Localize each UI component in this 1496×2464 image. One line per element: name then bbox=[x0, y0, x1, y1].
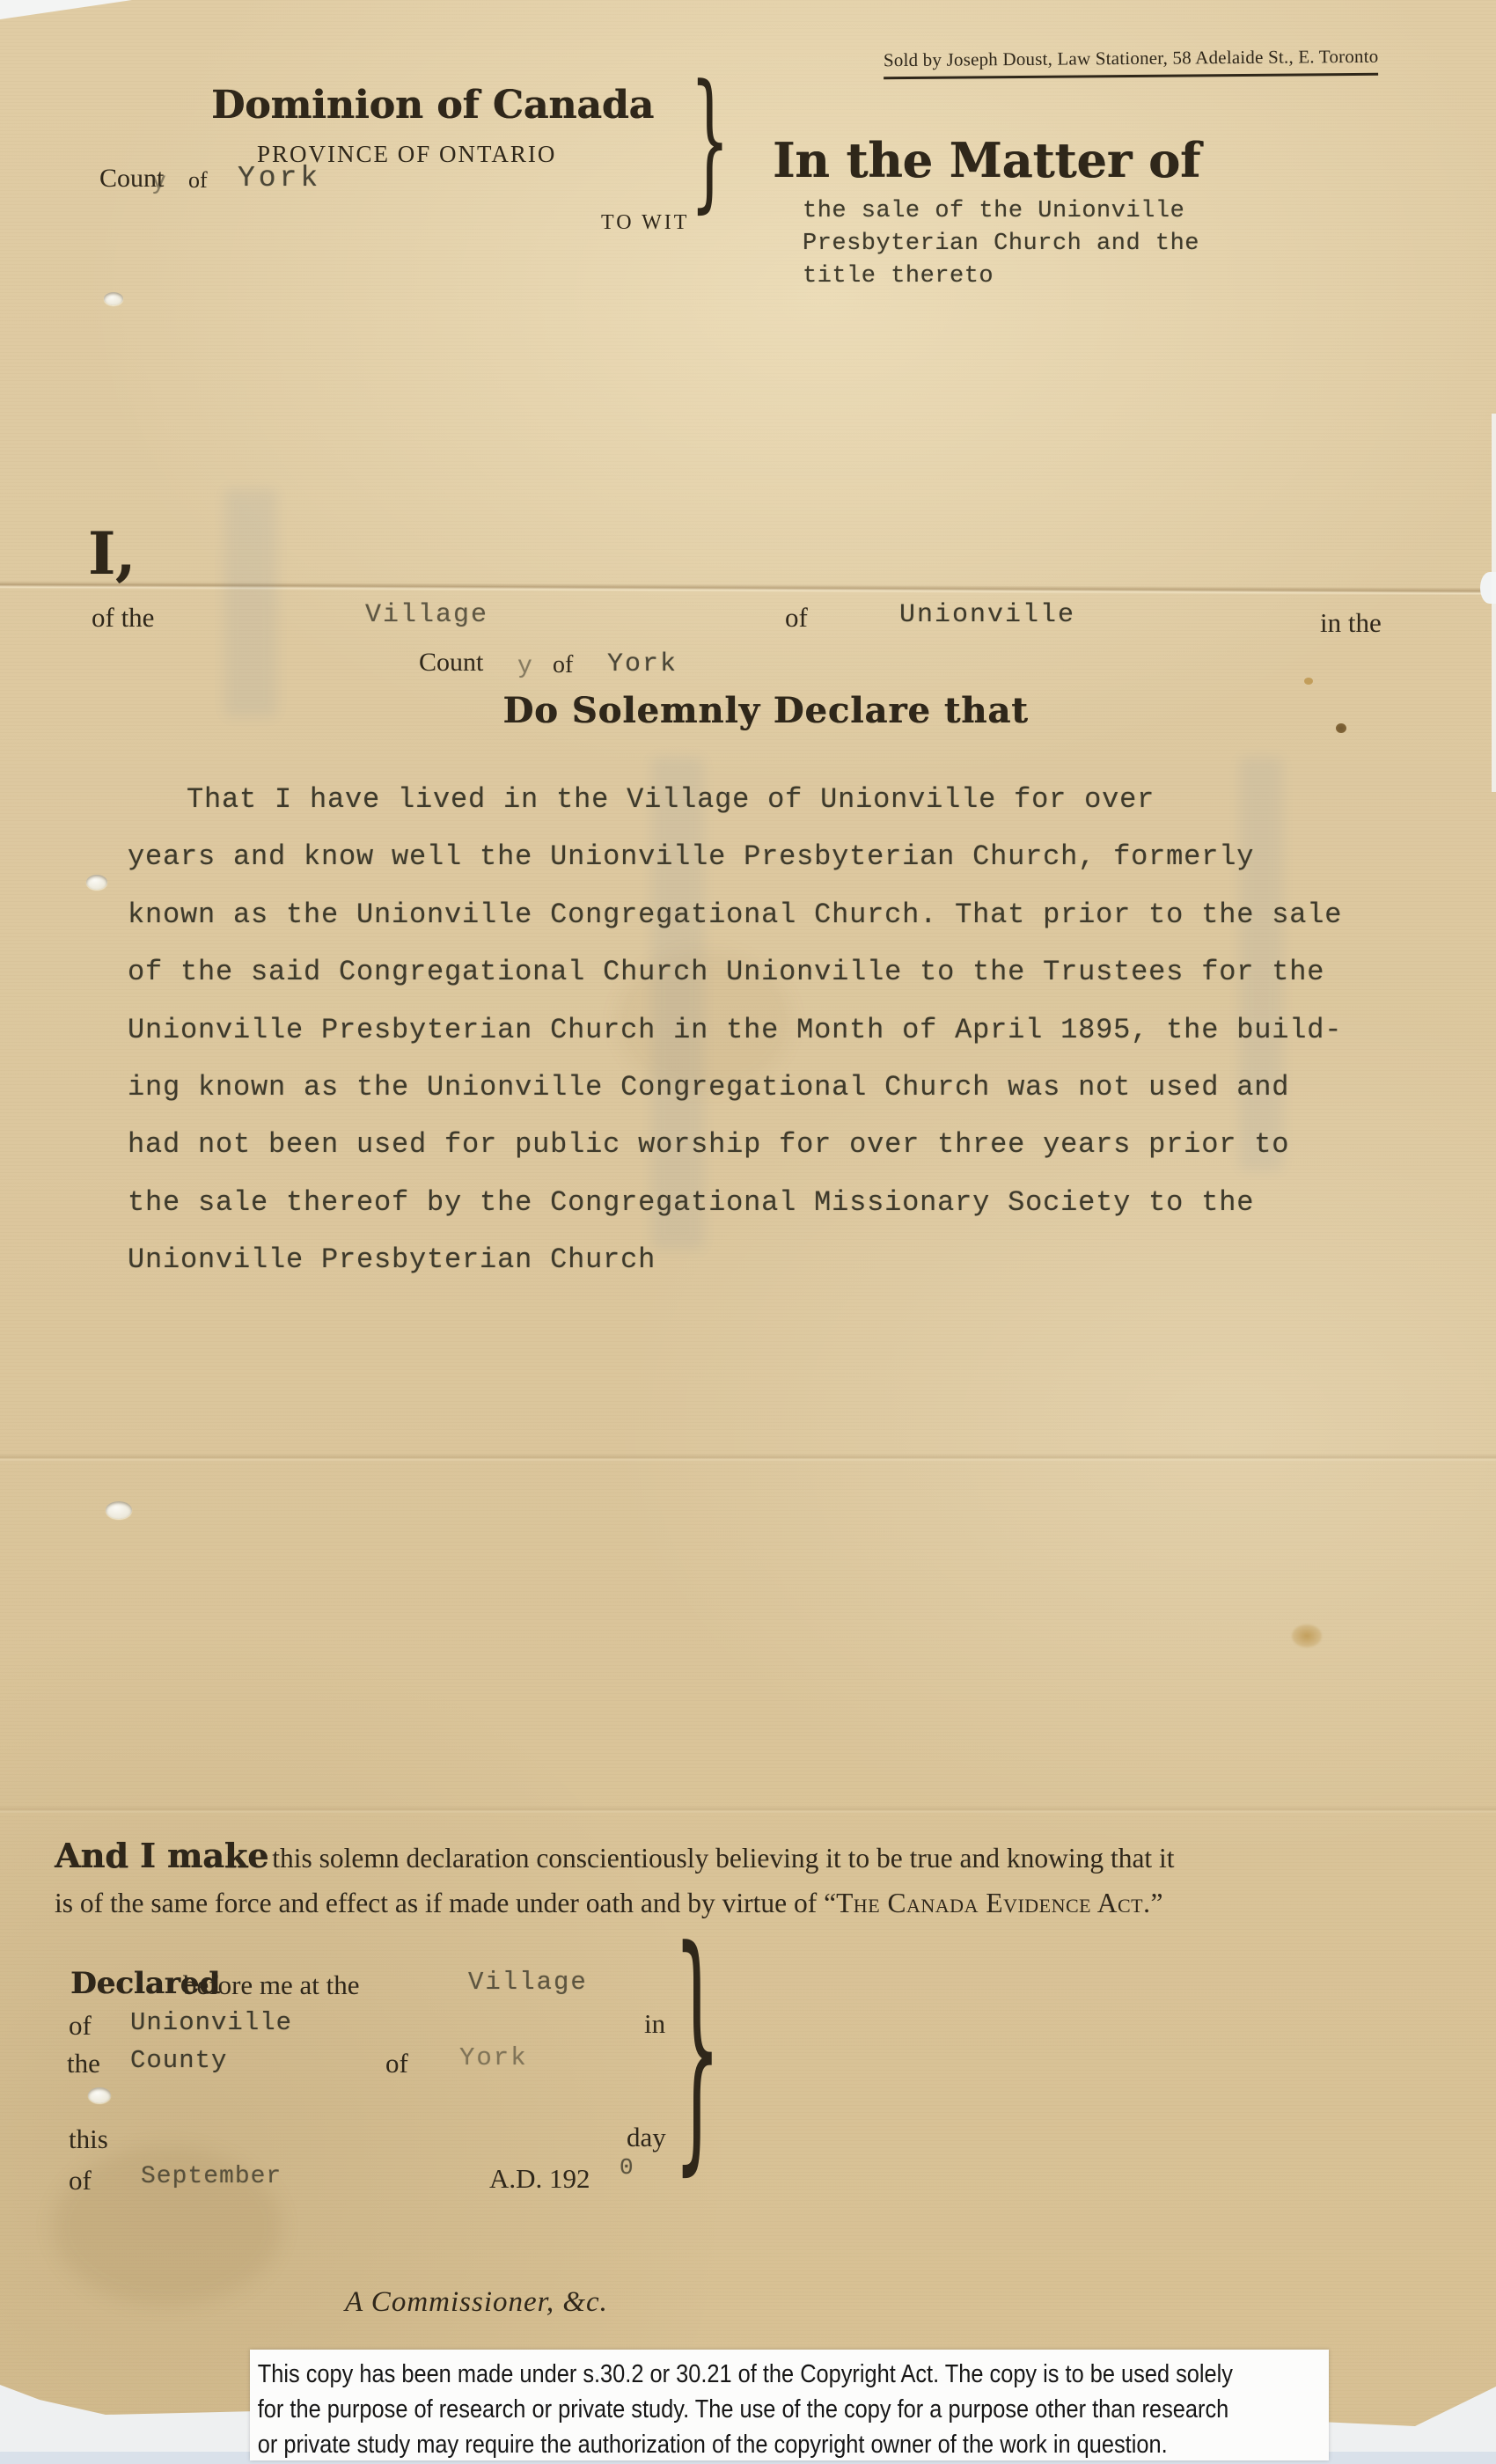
stain bbox=[1336, 723, 1346, 733]
body-line: known as the Unionville Congregational C… bbox=[128, 898, 1395, 956]
punch-hole bbox=[88, 2087, 111, 2103]
body-line: had not been used for public worship for… bbox=[128, 1128, 1395, 1185]
body-line: of the said Congregational Church Unionv… bbox=[128, 956, 1395, 1013]
jurat-county-label: County bbox=[130, 2046, 227, 2075]
notice-line: for the purpose of research or private s… bbox=[258, 2392, 1328, 2427]
to-wit-brace: } bbox=[690, 68, 730, 217]
body-line: years and know well the Unionville Presb… bbox=[128, 840, 1395, 898]
matter-line: title thereto bbox=[803, 260, 1199, 293]
copyright-notice: This copy has been made under s.30.2 or … bbox=[250, 2350, 1329, 2460]
county-prefix-label: Count bbox=[419, 648, 483, 678]
oath-lead: And I make bbox=[55, 1836, 268, 1875]
stationer-stamp: Sold by Joseph Doust, Law Stationer, 58 … bbox=[884, 46, 1379, 79]
punch-hole bbox=[104, 292, 123, 305]
jurat-place-value: Unionville bbox=[130, 2008, 292, 2037]
in-the-label: in the bbox=[1320, 607, 1382, 639]
to-wit-label: TO WIT bbox=[601, 211, 689, 235]
county-of-label: of bbox=[188, 167, 208, 194]
county-value: York bbox=[238, 162, 321, 194]
jurat-of-label: of bbox=[69, 2010, 92, 2042]
edge-sliver bbox=[1492, 414, 1496, 792]
jurat-in-label: in bbox=[644, 2008, 665, 2040]
jurat-place-type: Village bbox=[468, 1968, 588, 1997]
jurat-county-value: York bbox=[459, 2043, 528, 2072]
county-of-label: of bbox=[553, 651, 573, 679]
body-line: the sale thereof by the Congregational M… bbox=[128, 1186, 1395, 1243]
jurat-month-value: September bbox=[141, 2163, 282, 2190]
county-y: y bbox=[151, 169, 166, 196]
act-name: The Canada Evidence Act. bbox=[836, 1888, 1150, 1918]
matter-line: Presbyterian Church and the bbox=[803, 228, 1199, 260]
matter-line: the sale of the Unionville bbox=[803, 195, 1199, 228]
commissioner-label: A Commissioner, &c. bbox=[345, 2286, 608, 2319]
county-y: y bbox=[517, 653, 532, 680]
oath-line1: this solemn declaration conscientiously … bbox=[272, 1843, 1174, 1874]
jurat-of2-label: of bbox=[385, 2048, 408, 2079]
jurat-before-label: before me at the bbox=[183, 1969, 360, 2001]
place-value: Unionville bbox=[899, 600, 1075, 630]
jurat-day-label: day bbox=[627, 2122, 666, 2153]
dominion-heading: Dominion of Canada bbox=[211, 83, 654, 128]
jurat-brace: } bbox=[673, 1920, 721, 2180]
scanned-document: Sold by Joseph Doust, Law Stationer, 58 … bbox=[0, 0, 1496, 2464]
jurat-ad-label: A.D. 192 bbox=[489, 2163, 590, 2195]
fold-crease-bottom bbox=[0, 1806, 1496, 1814]
solemn-declare-heading: Do Solemnly Declare that bbox=[414, 690, 1118, 731]
body-line: Unionville Presbyterian Church in the Mo… bbox=[128, 1014, 1395, 1071]
jurat-year-digit: 0 bbox=[620, 2154, 634, 2181]
declarant-i: I, bbox=[88, 519, 136, 588]
place-type-value: Village bbox=[365, 600, 488, 630]
punch-hole bbox=[86, 875, 107, 890]
ghost-bleed bbox=[224, 488, 277, 717]
county-value: York bbox=[607, 649, 678, 679]
jurat-this-label: this bbox=[69, 2123, 108, 2155]
notice-line: This copy has been made under s.30.2 or … bbox=[258, 2357, 1328, 2392]
jurat-of3-label: of bbox=[69, 2165, 92, 2196]
stain bbox=[1304, 678, 1313, 685]
body-line: ing known as the Unionville Congregation… bbox=[128, 1071, 1395, 1128]
matter-heading: In the Matter of bbox=[773, 132, 1200, 188]
oath-line2-close: ” bbox=[1150, 1888, 1162, 1918]
body-line: That I have lived in the Village of Unio… bbox=[128, 783, 1395, 840]
body-line: Unionville Presbyterian Church bbox=[128, 1243, 1395, 1301]
of-label: of bbox=[785, 602, 808, 634]
notice-line: or private study may require the authori… bbox=[258, 2427, 1328, 2460]
fold-crease-middle bbox=[0, 1454, 1496, 1462]
of-the-label: of the bbox=[92, 602, 154, 634]
stain bbox=[1292, 1624, 1322, 1647]
punch-hole bbox=[106, 1501, 132, 1519]
jurat-the-label: the bbox=[67, 2048, 100, 2079]
